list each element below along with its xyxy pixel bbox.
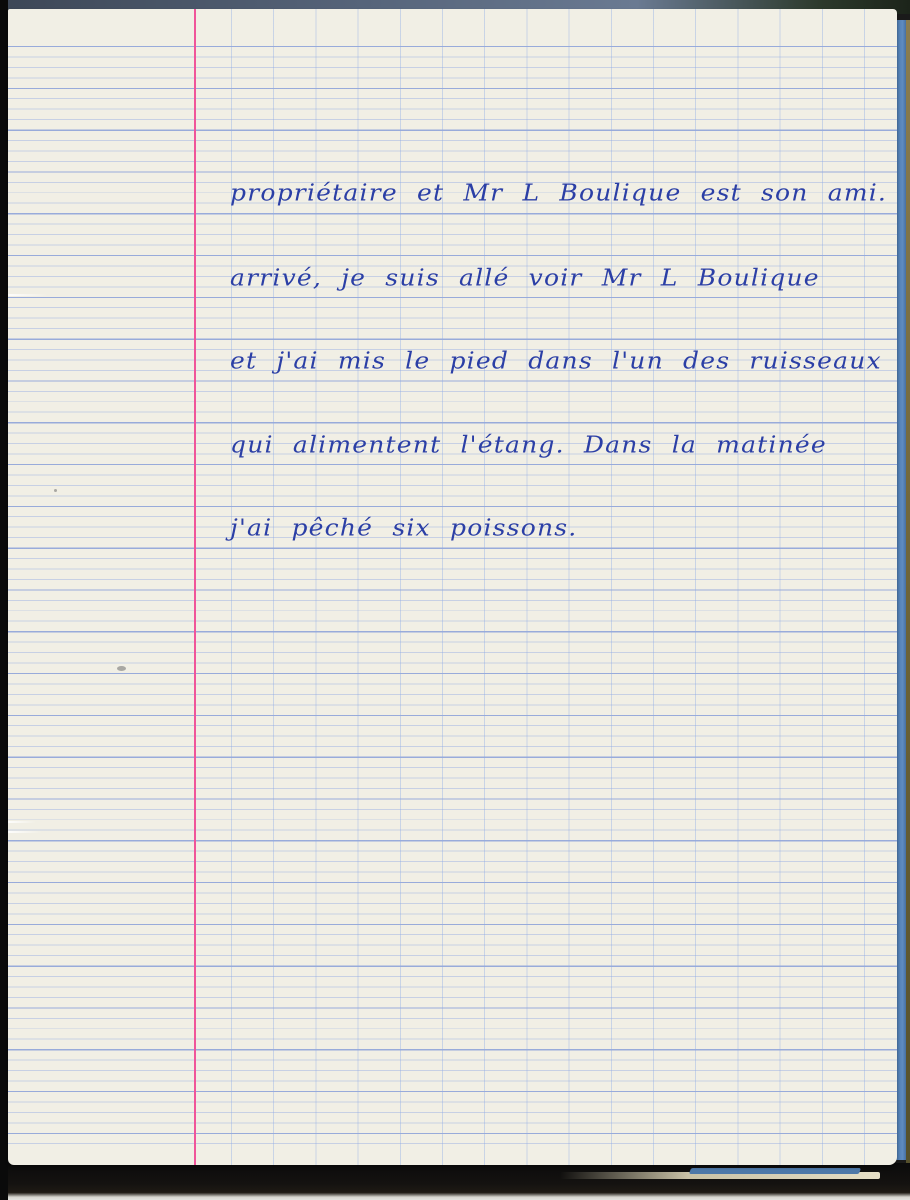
paper-crease [8, 294, 48, 296]
handwriting-line: arrivé, je suis allé voir Mr L Boulique [230, 264, 820, 291]
scanner-background-left [0, 0, 8, 1200]
ink-dot [54, 489, 57, 492]
ink-smudge [117, 666, 126, 671]
handwriting-line: j'ai pêché six poissons. [230, 514, 577, 541]
margin-line [194, 9, 196, 1165]
notebook-spine-edge [906, 20, 910, 1180]
handwriting-line: qui alimentent l'étang. Dans la matinée [230, 431, 827, 458]
paper-crease [8, 831, 42, 833]
notebook-page: propriétaire et Mr L Boulique est son am… [8, 9, 897, 1165]
notebook-cover-corner [689, 1168, 861, 1174]
handwriting-line: et j'ai mis le pied dans l'un des ruisse… [230, 347, 882, 374]
paper-crease [8, 821, 36, 823]
handwriting-line: propriétaire et Mr L Boulique est son am… [230, 179, 897, 206]
